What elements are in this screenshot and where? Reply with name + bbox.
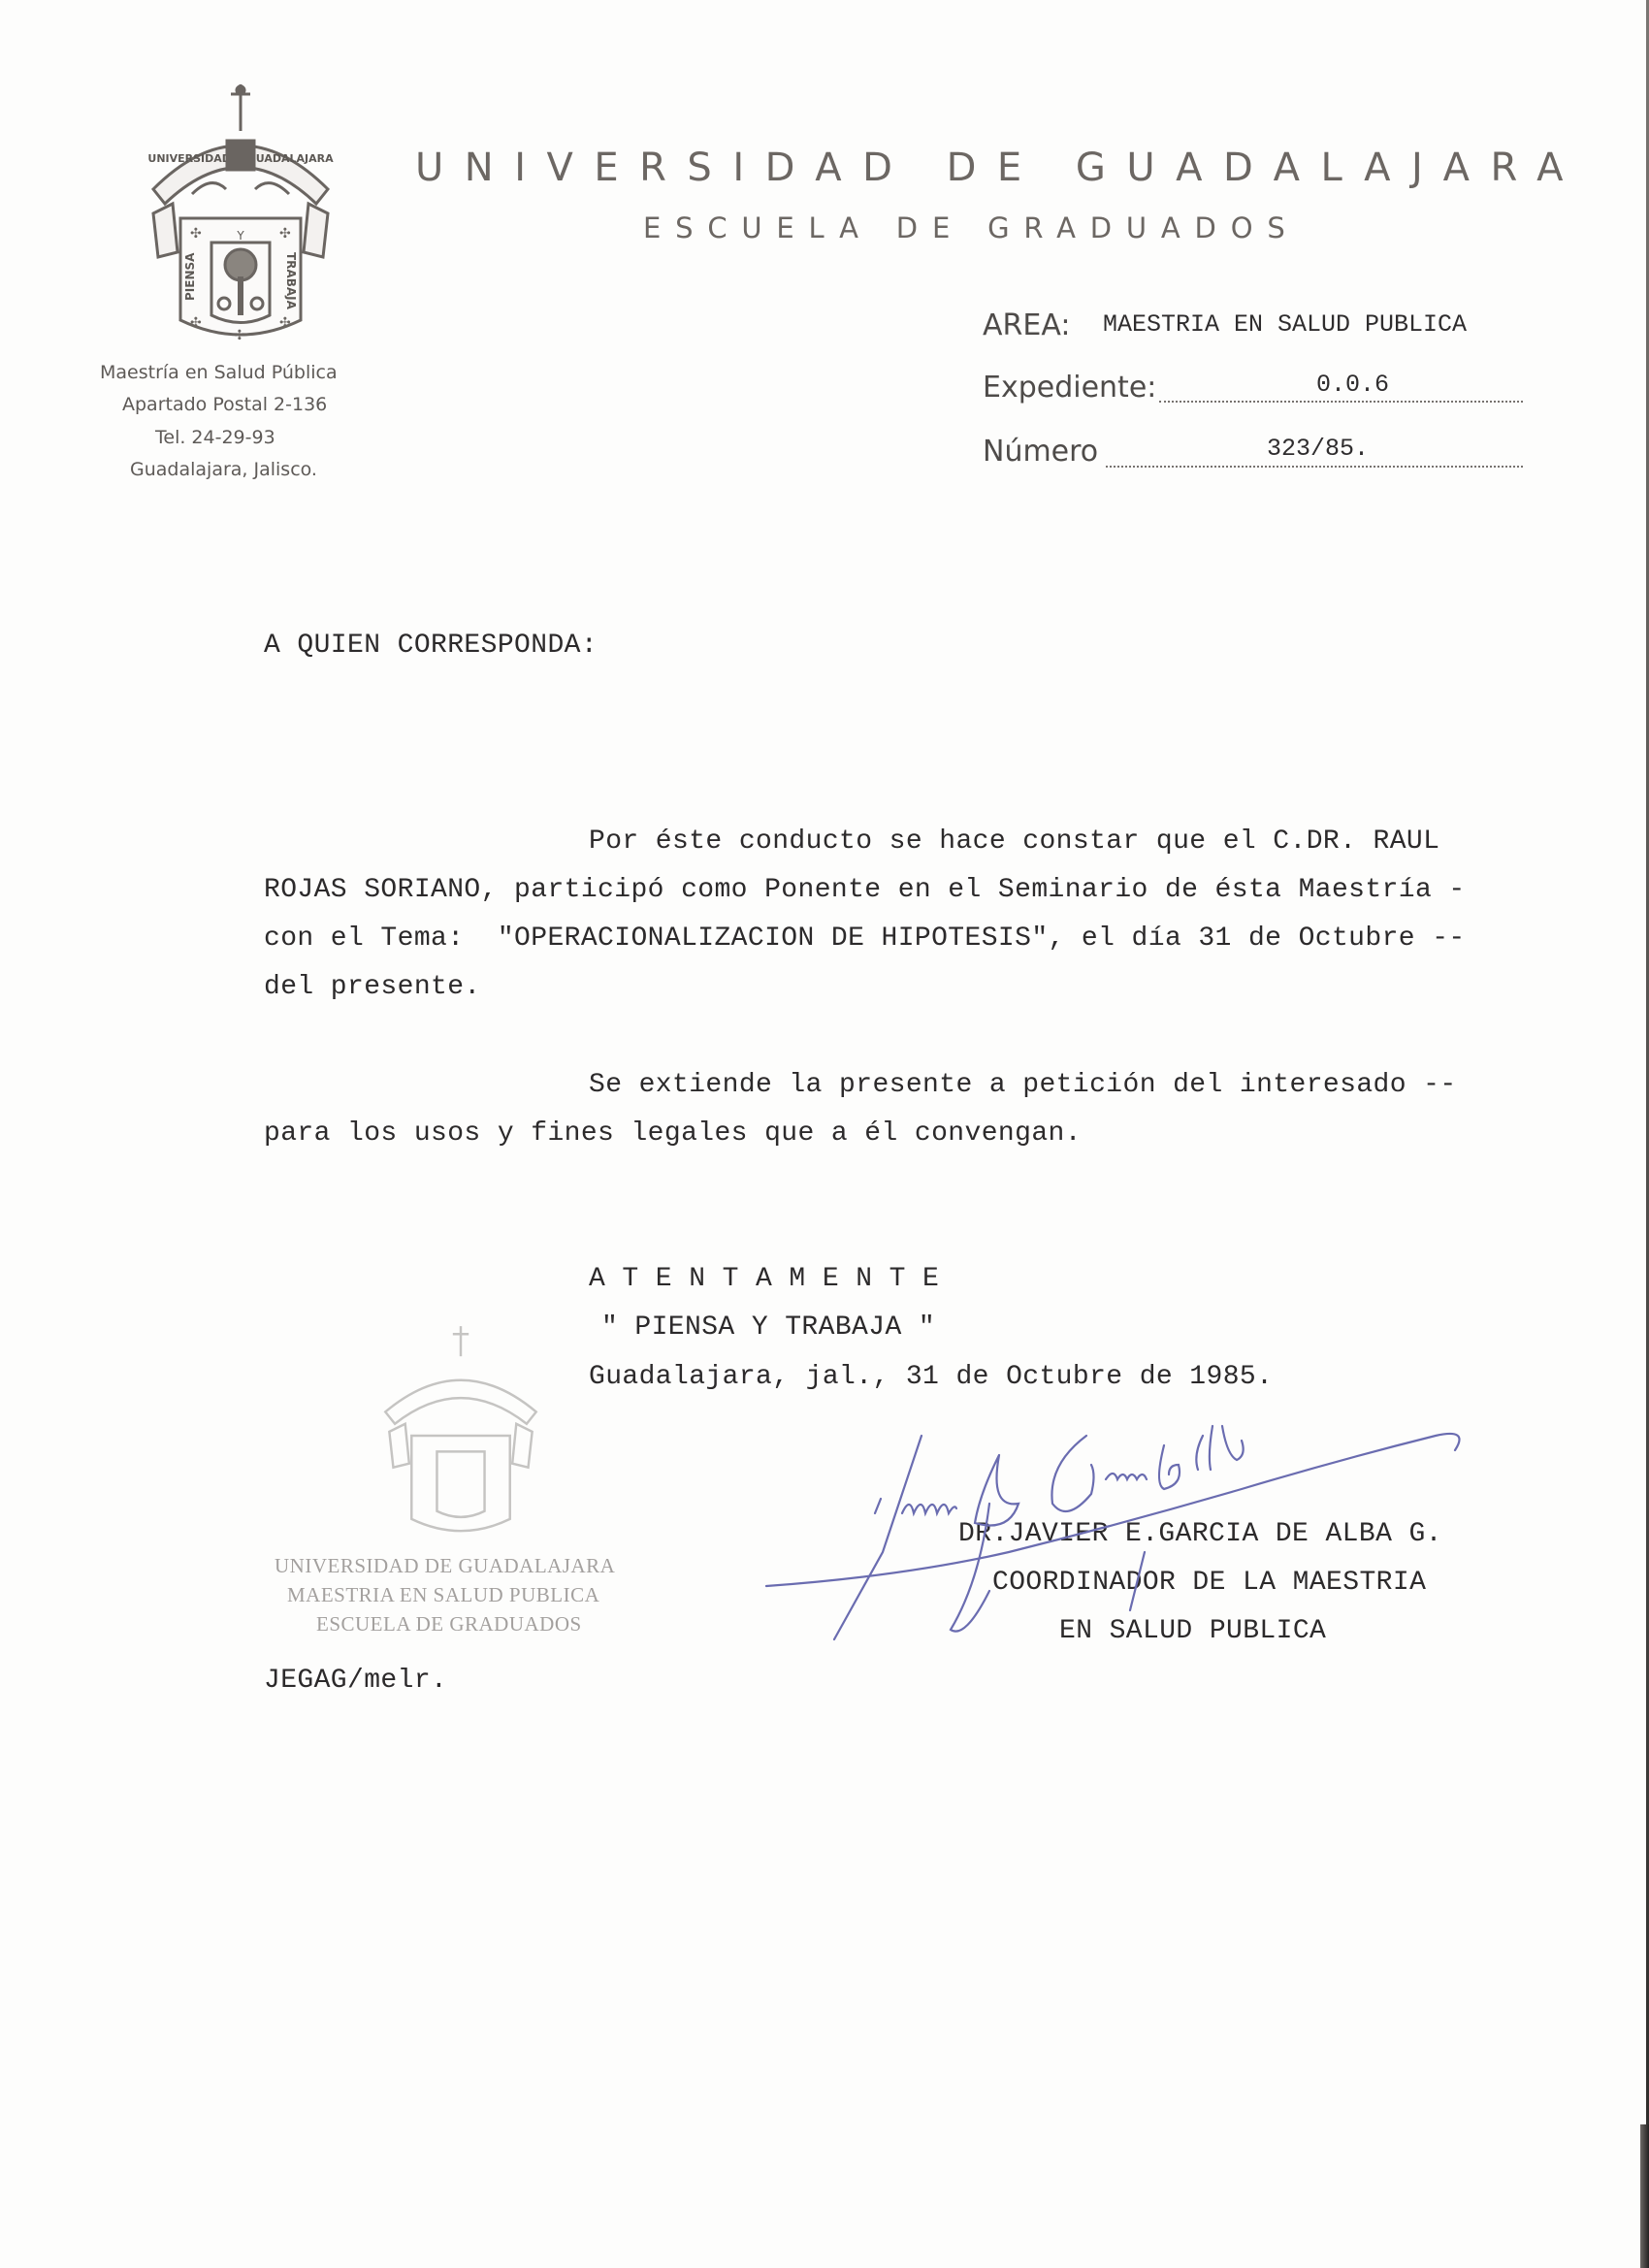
salutation: A QUIEN CORRESPONDA: [264,631,598,661]
svg-text:✣: ✣ [190,316,202,331]
address-line: Maestría en Salud Pública [100,362,338,383]
address-line: Guadalajara, Jalisco. [130,459,317,480]
body-line: para los usos y fines legales que a él c… [264,1118,1082,1149]
signature [757,1397,1533,1673]
numero-rule [1106,466,1523,468]
expediente-rule [1159,401,1523,403]
expediente-value: 0.0.6 [1316,371,1389,399]
body-line: del presente. [264,972,481,1002]
body-line: con el Tema: "OPERACIONALIZACION DE HIPO… [264,923,1466,954]
svg-text:✣: ✣ [279,316,291,331]
area-value: MAESTRIA EN SALUD PUBLICA [1103,310,1467,339]
numero-value: 323/85. [1267,435,1369,463]
university-crest-icon: UNIVERSIDAD D GUADALAJARA Y PIENSA TRABA… [134,82,347,354]
scan-edge-shadow [1640,2124,1649,2268]
typist-initials: JEGAG/melr. [264,1666,447,1696]
area-label: AREA: [983,308,1070,342]
svg-text:✣: ✣ [279,227,291,242]
numero-label: Número [983,435,1098,469]
closing: A T E N T A M E N T E [589,1264,939,1294]
address-line: Tel. 24-29-93 [155,427,275,448]
svg-text:✣: ✣ [234,329,245,343]
university-name: UNIVERSIDAD DE GUADALAJARA [415,146,1584,190]
stamp-line: MAESTRIA EN SALUD PUBLICA [287,1583,599,1607]
svg-text:TRABAJA: TRABAJA [284,252,298,310]
school-name: ESCUELA DE GRADUADOS [643,211,1300,244]
stamp-line: UNIVERSIDAD DE GUADALAJARA [275,1554,615,1578]
svg-text:✣: ✣ [190,227,202,242]
stamp-crest-icon [373,1324,548,1547]
motto: " PIENSA Y TRABAJA " [601,1312,935,1343]
svg-text:Y: Y [236,229,244,243]
address-line: Apartado Postal 2-136 [122,394,327,415]
body-line: Se extiende la presente a petición del i… [589,1070,1457,1100]
place-date: Guadalajara, jal., 31 de Octubre de 1985… [589,1362,1273,1392]
body-line: ROJAS SORIANO, participó como Ponente en… [264,875,1466,905]
expediente-label: Expediente: [983,371,1156,405]
body-line: Por éste conducto se hace constar que el… [589,826,1439,857]
stamp-line: ESCUELA DE GRADUADOS [316,1612,582,1636]
svg-text:PIENSA: PIENSA [183,252,197,301]
